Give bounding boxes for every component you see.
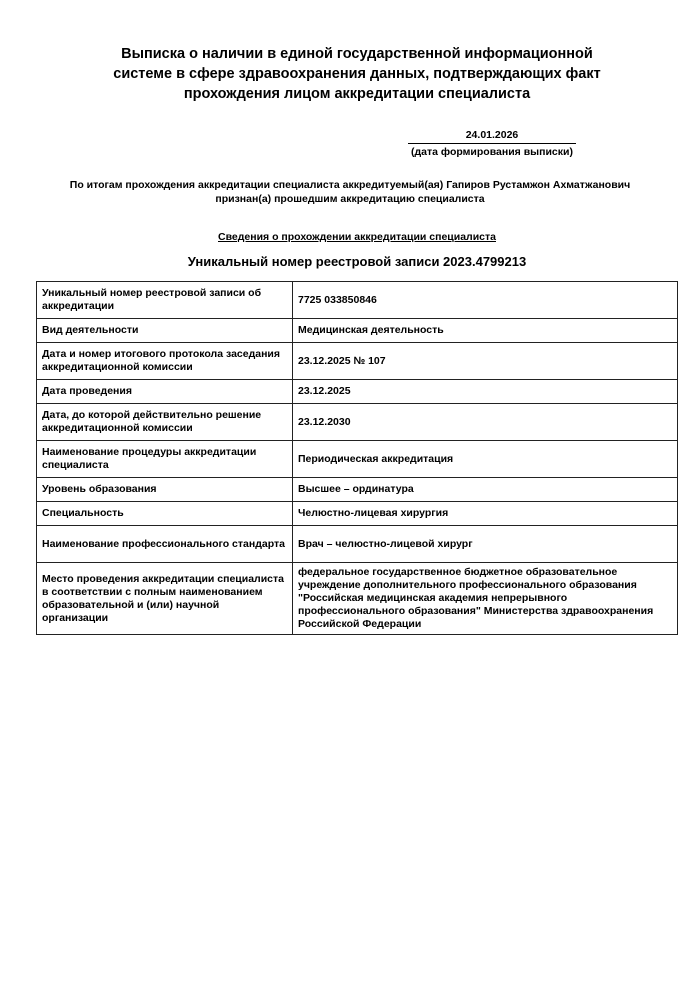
row-label: Наименование процедуры аккредитации спец… xyxy=(37,441,293,478)
statement-line: признан(а) прошедшим аккредитацию специа… xyxy=(30,193,670,207)
row-value: федеральное государственное бюджетное об… xyxy=(293,563,678,635)
title-line: Выписка о наличии в единой государственн… xyxy=(100,44,614,64)
title-line: прохождения лицом аккредитации специалис… xyxy=(100,84,614,104)
table-row: Место проведения аккредитации специалист… xyxy=(37,563,678,635)
row-label: Уникальный номер реестровой записи об ак… xyxy=(37,282,293,319)
row-value: 23.12.2025 № 107 xyxy=(293,343,678,380)
title-line: системе в сфере здравоохранения данных, … xyxy=(100,64,614,84)
row-value: 23.12.2030 xyxy=(293,404,678,441)
row-value: Периодическая аккредитация xyxy=(293,441,678,478)
accreditation-statement: По итогам прохождения аккредитации специ… xyxy=(30,179,670,206)
table-row: Наименование профессионального стандарта… xyxy=(37,526,678,563)
issue-date-caption: (дата формирования выписки) xyxy=(408,145,576,159)
issue-date-block: 24.01.2026 (дата формирования выписки) xyxy=(408,129,576,159)
table-row: Уникальный номер реестровой записи об ак… xyxy=(37,282,678,319)
table-row: Дата и номер итогового протокола заседан… xyxy=(37,343,678,380)
registry-number-heading: Уникальный номер реестровой записи 2023.… xyxy=(100,254,614,269)
row-label: Уровень образования xyxy=(37,478,293,502)
row-label: Место проведения аккредитации специалист… xyxy=(37,563,293,635)
row-label: Наименование профессионального стандарта xyxy=(37,526,293,563)
row-label: Дата, до которой действительно решение а… xyxy=(37,404,293,441)
row-value: 7725 033850846 xyxy=(293,282,678,319)
row-value: Врач – челюстно-лицевой хирург xyxy=(293,526,678,563)
row-label: Дата проведения xyxy=(37,380,293,404)
table-row: Специальность Челюстно-лицевая хирургия xyxy=(37,502,678,526)
row-value: Челюстно-лицевая хирургия xyxy=(293,502,678,526)
document-title: Выписка о наличии в единой государственн… xyxy=(100,44,614,104)
table-row: Уровень образования Высшее – ординатура xyxy=(37,478,678,502)
table-row: Наименование процедуры аккредитации спец… xyxy=(37,441,678,478)
row-value: Высшее – ординатура xyxy=(293,478,678,502)
row-value: Медицинская деятельность xyxy=(293,319,678,343)
statement-line: По итогам прохождения аккредитации специ… xyxy=(30,179,670,193)
row-label: Специальность xyxy=(37,502,293,526)
section-heading: Сведения о прохождении аккредитации спец… xyxy=(100,231,614,243)
row-value: 23.12.2025 xyxy=(293,380,678,404)
table-row: Дата проведения 23.12.2025 xyxy=(37,380,678,404)
row-label: Вид деятельности xyxy=(37,319,293,343)
issue-date: 24.01.2026 xyxy=(408,129,576,144)
table-row: Дата, до которой действительно решение а… xyxy=(37,404,678,441)
accreditation-info-table: Уникальный номер реестровой записи об ак… xyxy=(36,281,678,635)
table-row: Вид деятельности Медицинская деятельност… xyxy=(37,319,678,343)
row-label: Дата и номер итогового протокола заседан… xyxy=(37,343,293,380)
